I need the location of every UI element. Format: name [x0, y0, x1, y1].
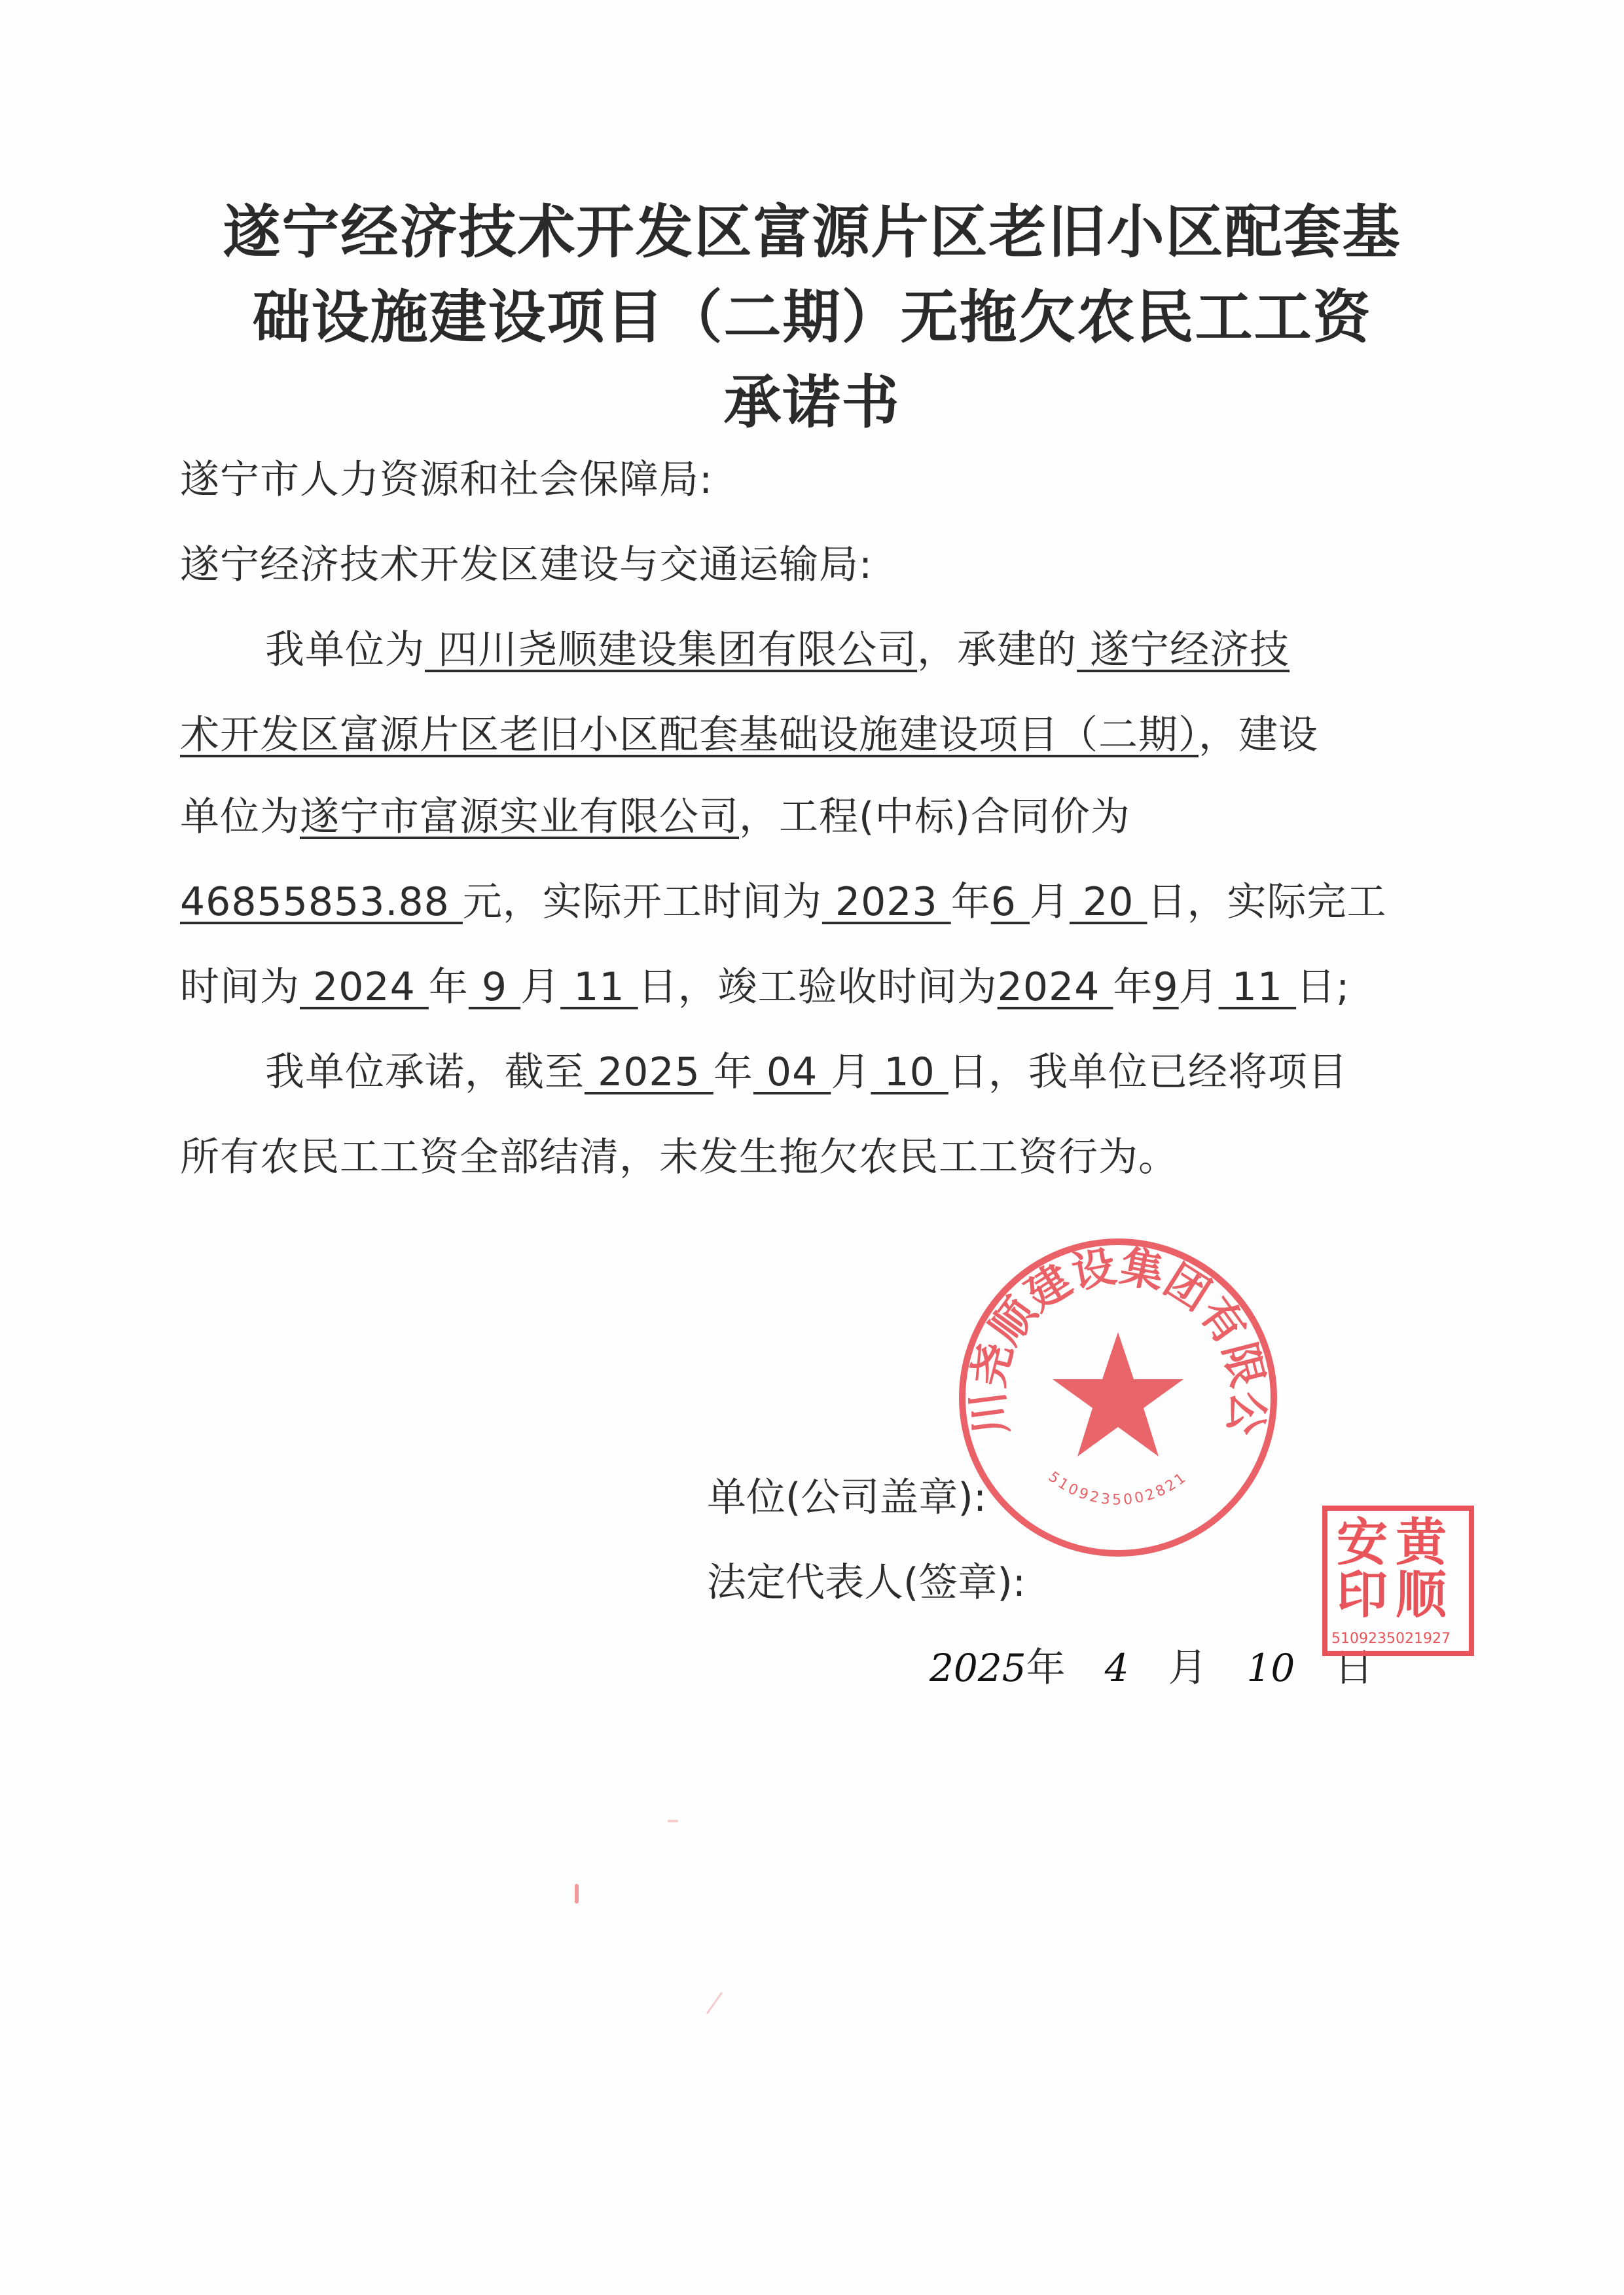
text: 月	[520, 964, 560, 1010]
text: 月	[1168, 1645, 1208, 1691]
accept-month: 9	[1153, 964, 1178, 1010]
body-line-1: 我单位为 四川尧顺建设集团有限公司，承建的 遂宁经济技	[265, 619, 1290, 675]
legal-rep-label: 法定代表人(签章):	[707, 1551, 1026, 1608]
text: 日;	[1296, 964, 1350, 1010]
text: 月	[1030, 879, 1070, 925]
text: 年	[713, 1049, 753, 1095]
seal-char: 顺	[1396, 1570, 1447, 1621]
handwritten-day: 10	[1247, 1646, 1295, 1690]
addressee-2: 遂宁经济技术开发区建设与交通运输局:	[180, 533, 873, 590]
text: 日，竣工验收时间为	[638, 964, 998, 1010]
handwritten-year: 2025	[929, 1646, 1026, 1690]
pledge-year: 2025	[585, 1049, 713, 1095]
body-line-4: 46855853.88 元，实际开工时间为 2023 年6 月 20 日，实际完…	[180, 871, 1386, 927]
text: 月	[1179, 964, 1219, 1010]
pledge-day: 10	[871, 1049, 948, 1095]
text: 年	[1113, 964, 1153, 1010]
document-page: 遂宁经济技术开发区富源片区老旧小区配套基 础设施建设项目（二期）无拖欠农民工工资…	[0, 0, 1624, 2295]
accept-day: 11	[1219, 964, 1297, 1010]
start-month: 6	[991, 879, 1030, 925]
seal-char: 黄	[1396, 1517, 1447, 1568]
finish-year: 2024	[300, 964, 429, 1010]
text: 年	[951, 879, 991, 925]
scan-mark	[668, 1820, 678, 1822]
start-day: 20	[1070, 879, 1147, 925]
finish-month: 9	[469, 964, 520, 1010]
text: 我单位承诺，截至	[265, 1049, 585, 1095]
text: 年	[1026, 1645, 1066, 1691]
personal-seal-icon: 黄 顺 安 印 5109235021927	[1322, 1506, 1474, 1656]
start-year: 2023	[822, 879, 951, 925]
text: ，工程(中标)合同价为	[739, 794, 1130, 840]
body-line-3: 单位为遂宁市富源实业有限公司，工程(中标)合同价为	[180, 786, 1130, 842]
text: 元，实际开工时间为	[463, 879, 822, 925]
project-name-part1: 遂宁经济技	[1077, 627, 1290, 673]
title-line-1: 遂宁经济技术开发区富源片区老旧小区配套基	[0, 187, 1624, 269]
contractor-name: 四川尧顺建设集团有限公司	[425, 627, 917, 673]
seal-char: 安	[1337, 1517, 1388, 1568]
handwritten-month: 4	[1105, 1646, 1129, 1690]
seal-char: 印	[1337, 1570, 1388, 1621]
title-line-3: 承诺书	[0, 357, 1624, 439]
pledge-month: 04	[753, 1049, 831, 1095]
body-line-5: 时间为 2024 年 9 月 11 日，竣工验收时间为2024 年9月 11 日…	[180, 956, 1350, 1012]
seal-code: 5109235021927	[1331, 1631, 1451, 1647]
text: 单位为	[180, 794, 300, 840]
scan-mark	[575, 1884, 579, 1904]
company-seal-icon: 四川尧顺建设集团有限公司 5109235002821	[954, 1234, 1282, 1561]
text: 时间为	[180, 964, 300, 1010]
unit-seal-label: 单位(公司盖章):	[707, 1466, 986, 1523]
finish-day: 11	[560, 964, 638, 1010]
accept-year: 2024	[998, 964, 1113, 1010]
signature-date: 2025年4月10日	[929, 1636, 1373, 1693]
text: ，承建的	[917, 627, 1077, 673]
project-name-part2: 术开发区富源片区老旧小区配套基础设施建设项目（二期）	[180, 712, 1199, 758]
title-line-2: 础设施建设项目（二期）无拖欠农民工工资	[0, 272, 1624, 354]
scan-mark	[706, 1992, 723, 2014]
text: 我单位为	[265, 627, 425, 673]
svg-text:5109235002821: 5109235002821	[1045, 1469, 1191, 1509]
addressee-1: 遂宁市人力资源和社会保障局:	[180, 448, 713, 505]
text: 日，我单位已经将项目	[948, 1049, 1348, 1095]
text: ，建设	[1199, 712, 1318, 758]
text: 月	[831, 1049, 871, 1095]
text: 日，实际完工	[1147, 879, 1386, 925]
text: 年	[429, 964, 469, 1010]
contract-price: 46855853.88	[180, 879, 463, 925]
body-line-6: 我单位承诺，截至 2025 年 04 月 10 日，我单位已经将项目	[265, 1041, 1348, 1097]
builder-name: 遂宁市富源实业有限公司	[300, 794, 739, 840]
body-line-7: 所有农民工工资全部结清，未发生拖欠农民工工资行为。	[180, 1126, 1178, 1182]
body-line-2: 术开发区富源片区老旧小区配套基础设施建设项目（二期），建设	[180, 704, 1318, 760]
